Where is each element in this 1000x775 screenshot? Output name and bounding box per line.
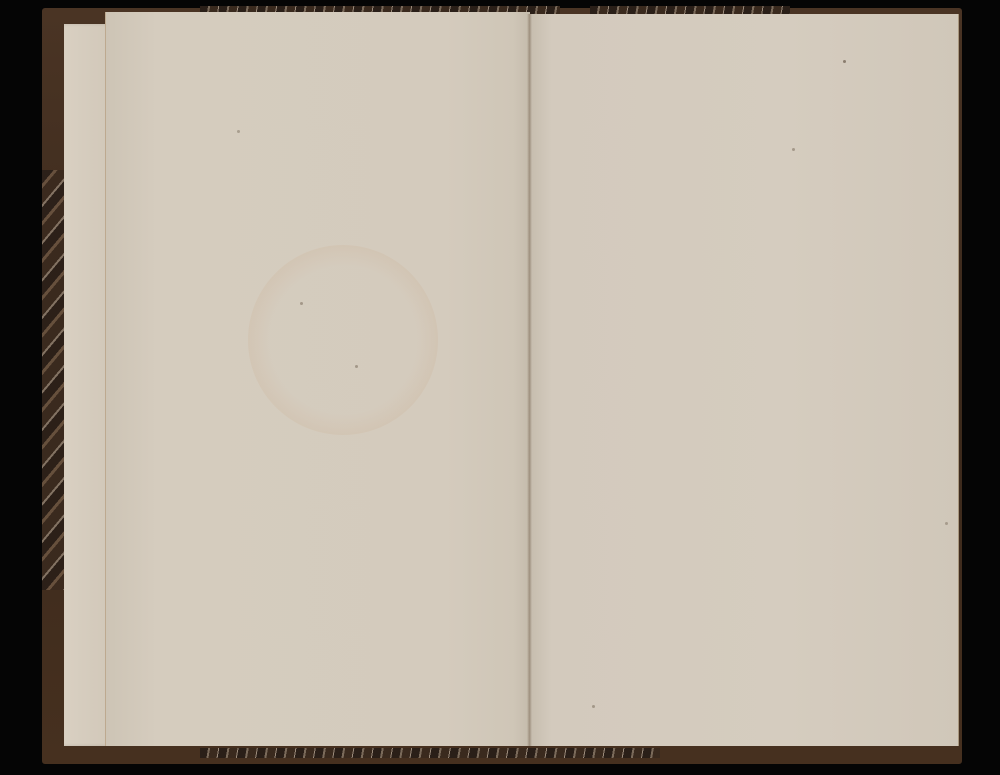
book-gutter bbox=[527, 14, 532, 746]
marbled-edge-bottom bbox=[200, 748, 660, 758]
paper-speck bbox=[792, 148, 795, 151]
paper-speck bbox=[300, 302, 303, 305]
right-page bbox=[530, 14, 958, 746]
paper-speck bbox=[237, 130, 240, 133]
paper-speck bbox=[592, 705, 595, 708]
circular-stain bbox=[248, 245, 438, 435]
paper-speck bbox=[355, 365, 358, 368]
paper-speck bbox=[843, 60, 846, 63]
marbled-edge-left bbox=[42, 170, 64, 590]
paper-speck bbox=[945, 522, 948, 525]
